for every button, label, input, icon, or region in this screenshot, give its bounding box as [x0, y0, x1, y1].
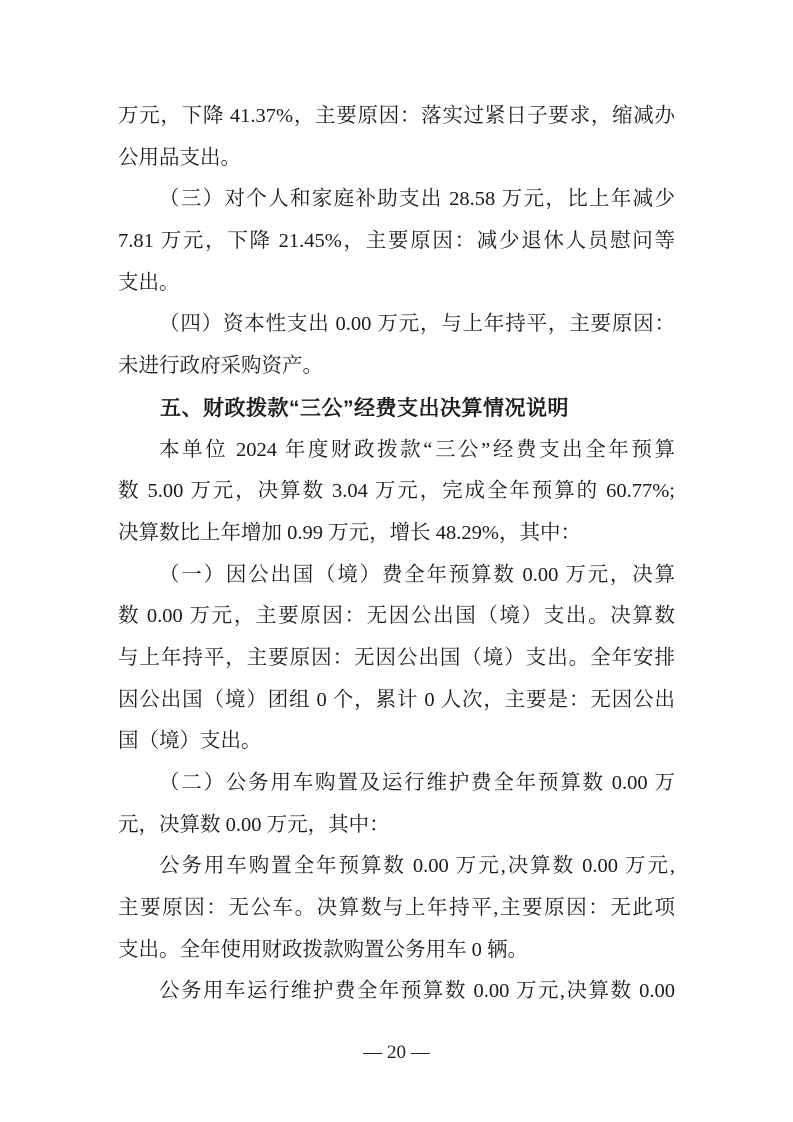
text-line: 公务用车运行维护费全年预算数 0.00 万元,决算数 0.00 — [118, 971, 675, 1013]
text-line: （一）因公出国（境）费全年预算数 0.00 万元，决算 — [118, 555, 675, 597]
text-line: （三）对个人和家庭补助支出 28.58 万元，比上年减少 — [118, 179, 675, 221]
text-line: 与上年持平，主要原因：无因公出国（境）支出。全年安排 — [118, 638, 675, 680]
text-line: （二）公务用车购置及运行维护费全年预算数 0.00 万 — [118, 763, 675, 805]
text-line: 公用品支出。 — [118, 138, 675, 180]
text-line: 决算数比上年增加 0.99 万元，增长 48.29%，其中： — [118, 513, 675, 555]
text-line: 公务用车购置全年预算数 0.00 万元,决算数 0.00 万元, — [118, 846, 675, 888]
text-line: 未进行政府采购资产。 — [118, 346, 675, 388]
text-line: 因公出国（境）团组 0 个，累计 0 人次，主要是：无因公出 — [118, 680, 675, 722]
text-line: 支出。全年使用财政拨款购置公务用车 0 辆。 — [118, 930, 675, 972]
text-line: 国（境）支出。 — [118, 721, 675, 763]
text-line: 7.81 万元，下降 21.45%，主要原因：减少退休人员慰问等 — [118, 221, 675, 263]
text-line: 万元，下降 41.37%，主要原因：落实过紧日子要求，缩减办 — [118, 96, 675, 138]
text-line: 支出。 — [118, 263, 675, 305]
text-line: 元，决算数 0.00 万元，其中： — [118, 805, 675, 847]
text-line: 主要原因：无公车。决算数与上年持平,主要原因：无此项 — [118, 888, 675, 930]
text-line: 本单位 2024 年度财政拨款“三公”经费支出全年预算 — [118, 430, 675, 472]
text-line: （四）资本性支出 0.00 万元，与上年持平，主要原因： — [118, 304, 675, 346]
text-line: 数 5.00 万元，决算数 3.04 万元，完成全年预算的 60.77%; — [118, 471, 675, 513]
document-page: 万元，下降 41.37%，主要原因：落实过紧日子要求，缩减办公用品支出。（三）对… — [0, 0, 793, 1122]
text-line: 数 0.00 万元，主要原因：无因公出国（境）支出。决算数 — [118, 596, 675, 638]
section-heading: 五、财政拨款“三公”经费支出决算情况说明 — [118, 388, 675, 430]
document-body: 万元，下降 41.37%，主要原因：落实过紧日子要求，缩减办公用品支出。（三）对… — [118, 96, 675, 1013]
page-number: — 20 — — [363, 1042, 430, 1063]
page-footer: — 20 — — [0, 1038, 793, 1068]
